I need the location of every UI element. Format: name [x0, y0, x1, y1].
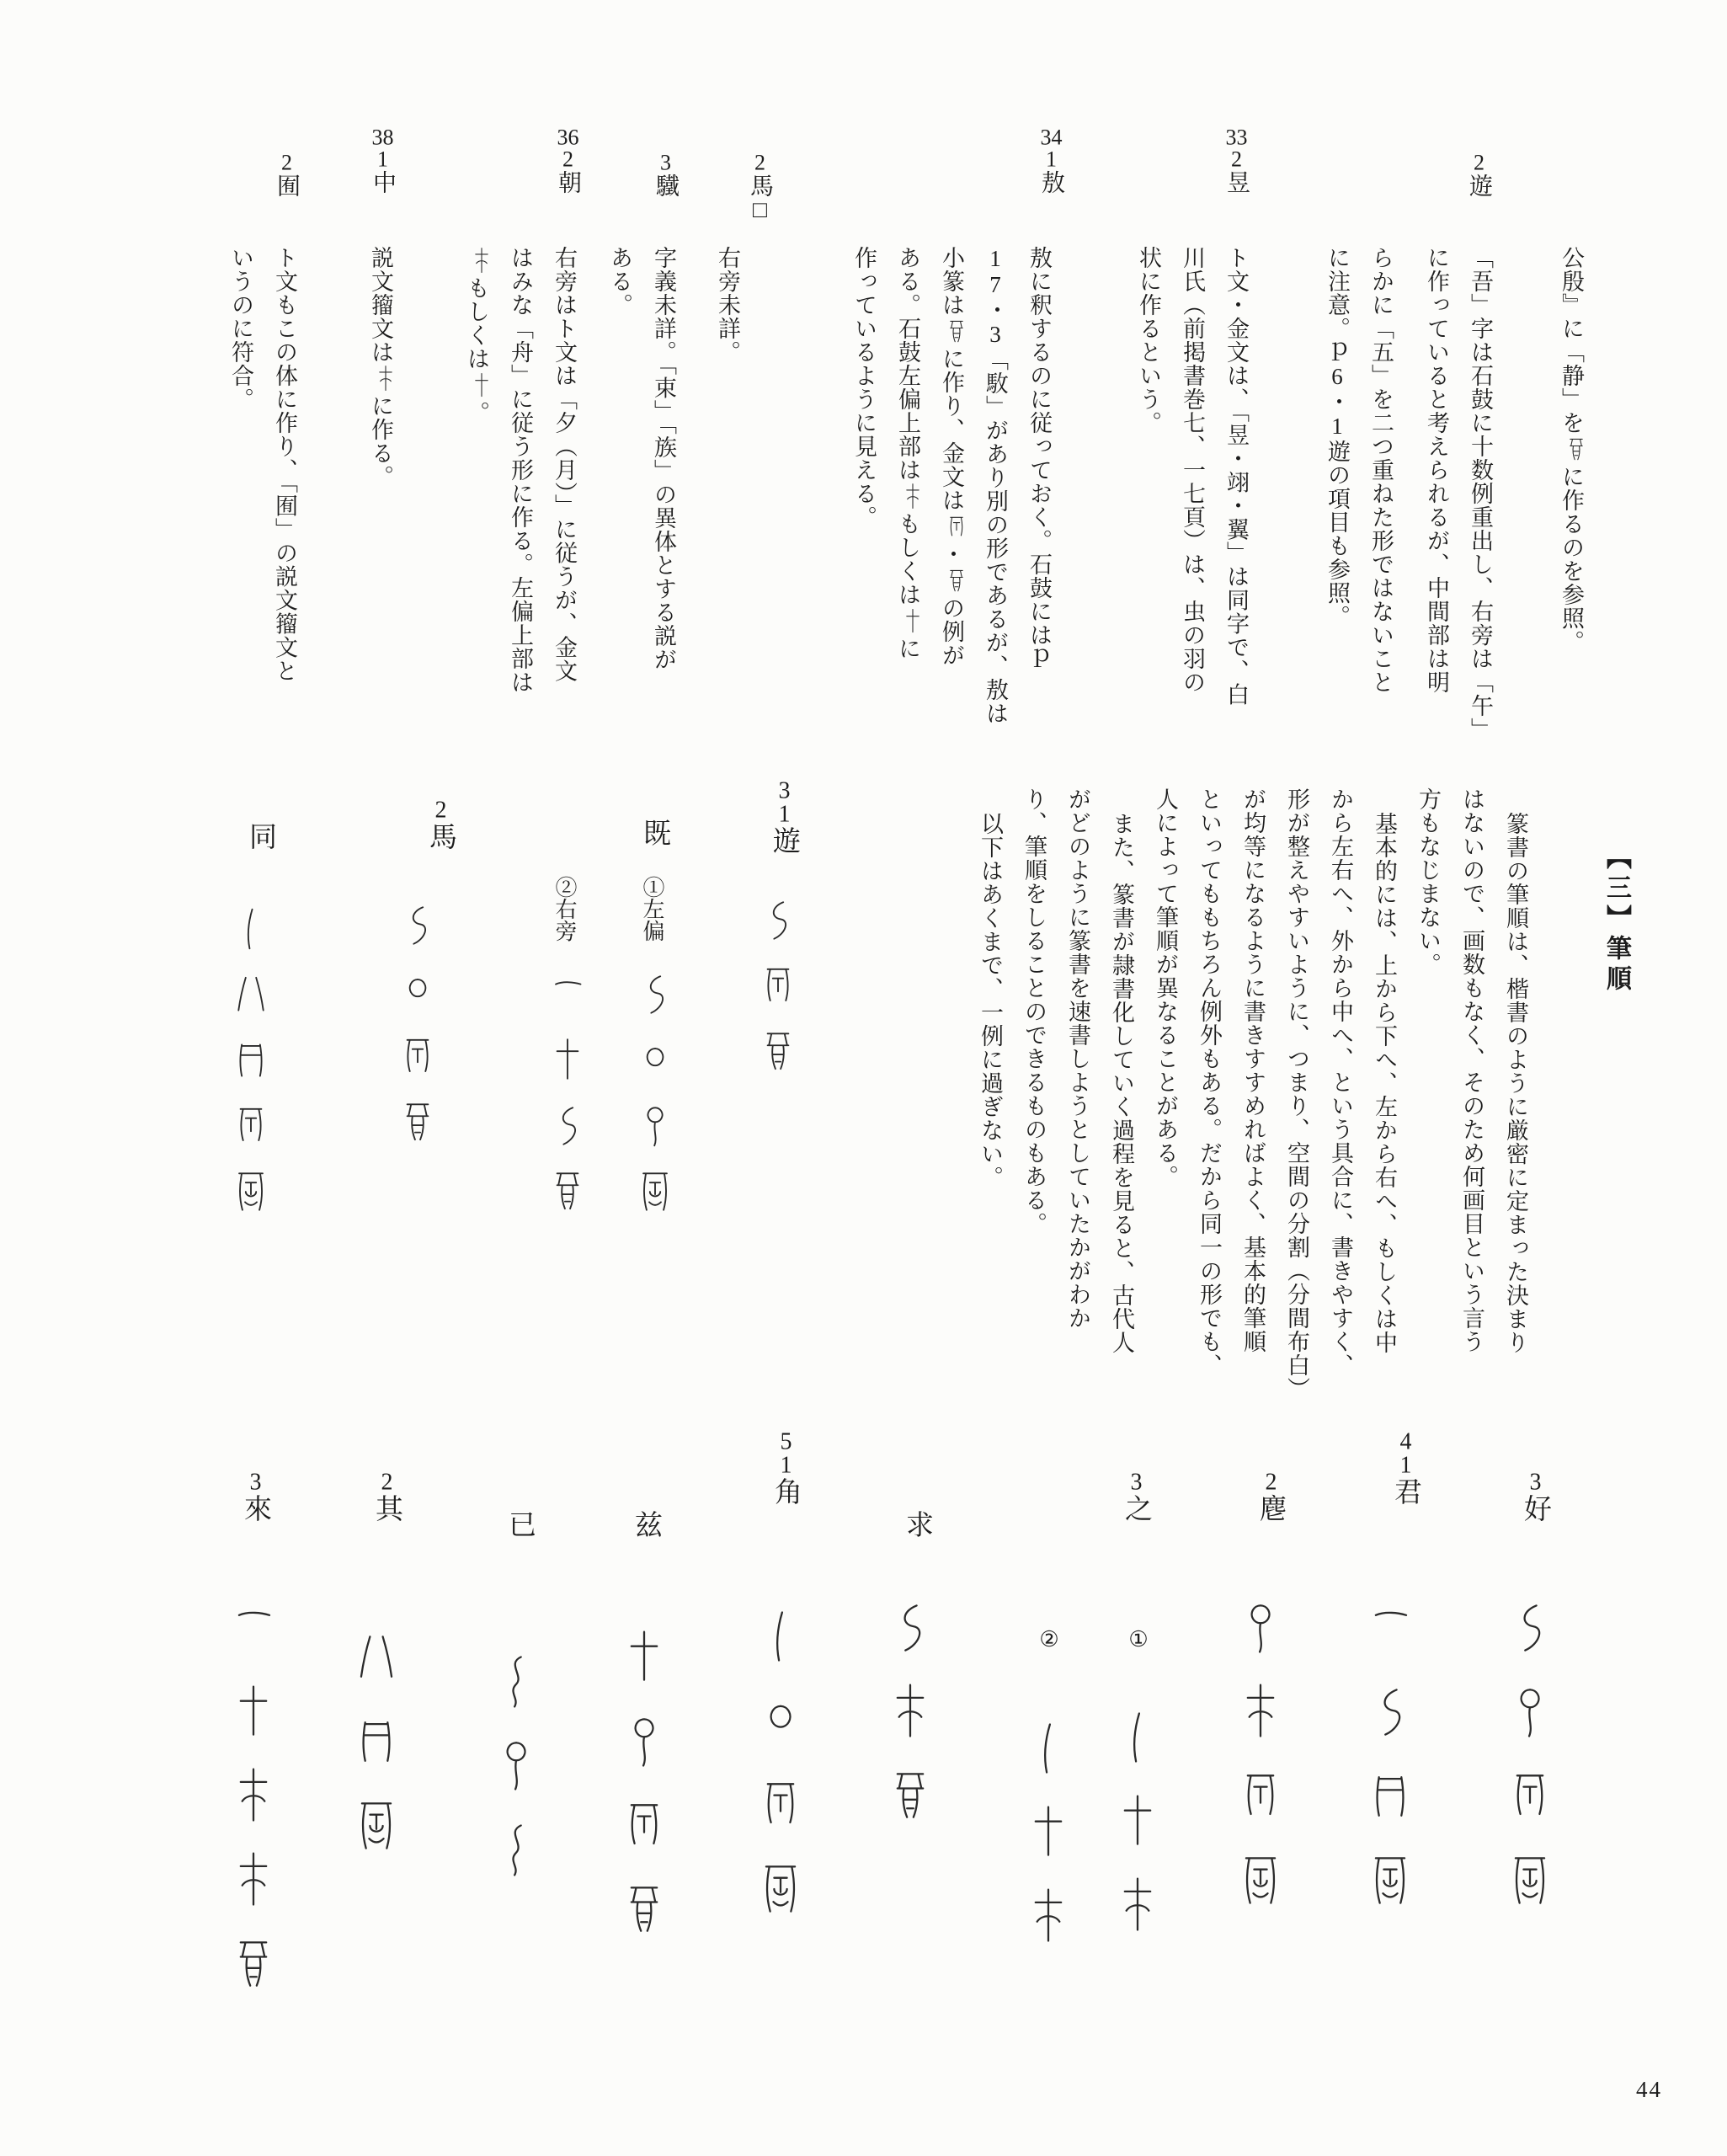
seal-glyph-stage-5-complex [229, 1933, 278, 1997]
hitsujun-col7: が均等になるように書きすすめればよく、基本的筆順 [1234, 787, 1271, 1353]
seal-glyph-stage-3-branch [1113, 1874, 1162, 1938]
entry-36-col2: はみな「舟」に従う形に作る。左偏上部は [502, 246, 539, 694]
entry-char: 驖 [653, 173, 679, 197]
stroke-sequence-no-1 [1113, 1705, 1162, 1938]
seal-glyph-inline-ki-form1 [889, 482, 926, 512]
example-char: 之 [1121, 1494, 1151, 1522]
entry-subnumber: 2 [1224, 148, 1249, 170]
stroke-sequence-kou [1506, 1596, 1554, 1913]
entry-number: 2 [1467, 152, 1491, 173]
entry-34-col3-text: ・ [939, 542, 964, 566]
seal-glyph-stage-4-complete [756, 1857, 805, 1921]
book-page: 公殷』に「静」をに作るのを参照。 2遊 「吾」字は石鼓に十数例重出し、右旁は「午… [0, 0, 1727, 2156]
seal-glyph-stage-1-horiz [1366, 1596, 1415, 1660]
entry-number: 2 [748, 152, 772, 173]
stroke-sequence-kun [1366, 1596, 1415, 1913]
entry-33-col3: 状に作るという。 [1130, 246, 1167, 435]
example-char: 其 [371, 1494, 402, 1522]
entry-number: 2 [275, 152, 299, 173]
entry-34-col4: ある。石鼓左偏上部はもしくはに [889, 246, 926, 660]
entry-subnumber: 1 [1039, 148, 1063, 170]
seal-glyph-stage-2-cross [546, 1034, 589, 1086]
example-sublabel-1: ① [1122, 1627, 1155, 1652]
example-char: 角 [770, 1477, 801, 1505]
entry-uma-col1: 右旁未詳。 [709, 246, 746, 364]
entry-char: 中 [370, 170, 396, 194]
stroke-sequence-no-2 [1024, 1716, 1073, 1949]
example-label-3-kou: 3好 [1516, 1470, 1554, 1522]
entry-34-col5: 作っているように見える。 [845, 246, 882, 529]
stroke-sequence-ki-left [633, 969, 677, 1218]
seal-glyph-stage-3-complex [886, 1764, 935, 1828]
example-label-ji: 兹 [626, 1510, 665, 1538]
entry-33-col2: 川氏（前掲書巻七、一七頁）は、虫の羽の [1174, 246, 1211, 694]
entry-2yu-col4: に注意。ｐ6・1遊の項目も参照。 [1319, 246, 1356, 628]
entry-2yu-col2: に作っていると考えられるが、中間部は明 [1418, 246, 1455, 694]
seal-glyph-stage-1-horiz [546, 969, 589, 1021]
stroke-sequence-ki2 [352, 1625, 401, 1858]
seal-glyph-stage-2-hook [1366, 1680, 1415, 1744]
seal-glyph-stage-1-hook [633, 969, 677, 1021]
seal-glyph-stage-2-loop [396, 965, 440, 1017]
entry-34-col3-text: に作り、金文は [939, 347, 964, 512]
seal-glyph-stage-2-cross [229, 1680, 278, 1744]
seal-glyph-stage-1-strokes2 [352, 1625, 401, 1689]
entry-label-2-uma-gaiji: 2馬□ [741, 152, 778, 223]
hitsujun-col9: 人によって筆順が異なることがある。 [1147, 787, 1184, 1188]
example-label-kyuu: 求 [898, 1510, 936, 1538]
seal-glyph-stage-2-branch [886, 1680, 935, 1744]
entry-34-col1: 敖に釈するのに従っておく。石鼓にはｐ [1021, 246, 1058, 670]
seal-glyph-inline-ki-form2 [889, 606, 926, 637]
entry-number: 3 [653, 152, 678, 173]
seal-glyph-stage-4-partial [229, 1100, 273, 1152]
entry-char: 馬□ [747, 173, 773, 223]
entry-36-col3-text: 。 [464, 401, 489, 424]
example-char: 好 [1520, 1494, 1550, 1522]
seal-glyph-stage-2-partial [756, 960, 800, 1012]
example-number: 2 [1258, 1470, 1284, 1494]
example-number: 3 [771, 779, 797, 803]
seal-glyph-stage-1-stroke [229, 903, 273, 955]
entry-34-col3-text: 小篆は [939, 246, 964, 317]
seal-glyph-stage-2-frame [352, 1710, 401, 1774]
seal-glyph-stage-2-looptail [492, 1733, 541, 1797]
example-number: 5 [773, 1430, 799, 1454]
seal-glyph-stage-1-stroke [1024, 1716, 1073, 1780]
seal-glyph-inline-naka [362, 364, 399, 394]
continuation-column: 公殷』に「静」をに作るのを参照。 [1553, 246, 1590, 654]
seal-glyph-stage-2-looptail [620, 1710, 669, 1774]
entry-tetsu-col2: ある。 [601, 246, 638, 317]
example-number: 3 [1522, 1470, 1548, 1494]
example-sublabel-left-part: ①左偏 [635, 876, 669, 942]
example-label-4-1-kun: 41君 [1386, 1430, 1425, 1505]
hitsujun-col2: はないので、画数もなく、そのため何画目という言う [1453, 787, 1490, 1353]
example-number: 3 [1123, 1470, 1149, 1494]
seal-glyph-inline-go-kinbun1 [933, 512, 970, 542]
example-label-3-rai: 3來 [236, 1470, 275, 1522]
hitsujun-col1: 篆書の筆順は、楷書のように厳密に定まった決まり [1497, 787, 1534, 1354]
section-heading-hitsujun: 【三】筆順 [1596, 844, 1635, 995]
example-char: 馬 [425, 822, 456, 850]
entry-char: 昱 [1223, 170, 1250, 194]
example-sublabel-2: ② [1032, 1627, 1066, 1652]
entry-char: 敖 [1038, 170, 1064, 194]
entry-34-col3-text: の例が [939, 596, 964, 667]
example-label-3-1-yu: 31遊 [765, 779, 803, 854]
entry-label-33-2-iku: 332昱 [1218, 126, 1255, 194]
hitsujun-col13: 以下はあくまで、一例に過ぎない。 [972, 787, 1009, 1189]
seal-glyph-stage-2-cross [1024, 1801, 1073, 1865]
example-label-i: 已 [500, 1510, 539, 1538]
seal-glyph-stage-5-complete [229, 1166, 273, 1218]
seal-glyph-inline-asa-form2 [458, 371, 495, 401]
entry-label-34-1-go: 341敖 [1032, 126, 1069, 194]
entry-36-col3-text: もしくは [464, 276, 489, 371]
entry-number: 34 [1039, 126, 1063, 148]
hitsujun-col5: から左右へ、外から中へ、という具合に、書きやすく、 [1322, 787, 1359, 1377]
example-char: 兹 [631, 1510, 661, 1538]
stroke-sequence-ji [620, 1625, 669, 1942]
seal-glyph-stage-4-complete [1366, 1849, 1415, 1913]
seal-glyph-stage-1-hook [886, 1596, 935, 1660]
seal-glyph-stage-2-looptail [1506, 1680, 1554, 1744]
seal-glyph-stage-3-branch [1024, 1885, 1073, 1949]
entry-2yu-col3: らかに「五」を二つ重ねた形ではないこと [1362, 246, 1399, 694]
entry-label-2-yuu: 2囿 [268, 152, 305, 197]
hitsujun-col3: 方もなじまない。 [1410, 787, 1447, 976]
entry-34-col4-text: ある。石鼓左偏上部は [895, 246, 920, 482]
seal-glyph-stage-3-partial [756, 1773, 805, 1837]
example-label-ki: 既 [635, 819, 674, 846]
seal-glyph-stage-2-branch [1236, 1680, 1285, 1744]
seal-glyph-stage-3-partial [1236, 1764, 1285, 1828]
example-char: 麀 [1255, 1494, 1286, 1522]
example-char: 既 [639, 819, 669, 846]
entry-char: 囿 [274, 173, 300, 197]
seal-glyph-stage-4-complex [620, 1878, 669, 1942]
example-char: 同 [245, 822, 275, 850]
seal-glyph-inline-sei [1553, 435, 1590, 465]
seal-glyph-stage-3-complex [756, 1026, 800, 1078]
stroke-sequence-kyuu [886, 1596, 935, 1828]
example-subnumber: 1 [771, 803, 797, 826]
hitsujun-col12: り、筆順をしることのできるものもある。 [1015, 787, 1053, 1235]
entry-38-col1-text: 説文籀文は [368, 246, 393, 364]
continuation-text-post: に作るのを参照。 [1559, 465, 1584, 654]
entry-number: 33 [1224, 126, 1249, 148]
entry-label-2-yu: 2遊 [1460, 152, 1497, 197]
stroke-sequence-bou [1236, 1596, 1285, 1913]
example-char: 君 [1390, 1477, 1421, 1505]
entry-34-col2: 17・3「駇」があり別の形であるが、敖は [977, 246, 1014, 725]
seal-glyph-stage-1-hook [1506, 1596, 1554, 1660]
seal-glyph-stage-4-complex [546, 1166, 589, 1218]
seal-glyph-stage-4-branch [229, 1849, 278, 1913]
example-label-2-uma: 2馬 [421, 798, 460, 850]
page-number: 44 [1636, 2077, 1662, 2103]
seal-glyph-stage-1-scurve [492, 1649, 541, 1713]
entry-subnumber: 1 [370, 148, 395, 170]
stroke-sequence-dou [229, 903, 273, 1218]
entry-number: 38 [370, 126, 395, 148]
hitsujun-col11: がどのように篆書を速書しようとしていたかがわか [1059, 787, 1096, 1330]
seal-glyph-inline-asa-form1 [458, 246, 495, 276]
entry-34-col3: 小篆はに作り、金文は・の例が [933, 246, 970, 667]
seal-glyph-stage-1-hook [396, 899, 440, 952]
entry-33-col1: ト文・金文は、「昱・翊・翼」は同字で、白 [1218, 246, 1255, 707]
stroke-sequence-rai [229, 1596, 278, 1997]
seal-glyph-stage-2-cross [1113, 1790, 1162, 1854]
entry-36-col3: もしくは。 [458, 246, 495, 424]
seal-glyph-stage-1-stroke [756, 1604, 805, 1668]
stroke-sequence-uma [396, 899, 440, 1149]
entry-34-col4-text: もしくは [895, 512, 920, 606]
entry-34-col4-text: に [895, 637, 920, 660]
seal-glyph-inline-go-kinbun2 [933, 566, 970, 596]
seal-glyph-stage-4-complete [1236, 1849, 1285, 1913]
example-label-3-no: 3之 [1117, 1470, 1155, 1522]
hitsujun-col8: といってももちろん例外もある。だから同一の形でも、 [1191, 787, 1228, 1377]
entry-label-36-2-asa: 362朝 [549, 126, 586, 194]
seal-glyph-stage-3-frame [1366, 1764, 1415, 1828]
seal-glyph-stage-1-looptail [1236, 1596, 1285, 1660]
example-char: 遊 [769, 826, 799, 854]
example-label-2-ki: 2其 [367, 1470, 406, 1522]
seal-glyph-stage-2-strokes2 [229, 969, 273, 1021]
hitsujun-col6: 形が整えやすいように、つまり、空間の分割（分間布白） [1278, 787, 1315, 1401]
seal-glyph-stage-1-cross [620, 1625, 669, 1689]
example-number: 2 [428, 798, 454, 822]
seal-glyph-stage-3-partial [1506, 1764, 1554, 1828]
entry-char: 遊 [1466, 173, 1492, 197]
seal-glyph-stage-4-complete [1506, 1849, 1554, 1913]
example-label-dou: 同 [241, 822, 280, 850]
seal-glyph-stage-1-horiz [229, 1596, 278, 1660]
seal-glyph-stage-1-hook [756, 894, 800, 947]
seal-glyph-stage-3-branch [229, 1764, 278, 1828]
example-char: 來 [240, 1494, 270, 1522]
seal-glyph-stage-2-loop [756, 1689, 805, 1753]
seal-glyph-stage-3-frame [229, 1034, 273, 1086]
entry-label-38-1-naka: 381中 [364, 126, 401, 194]
entry-2yu-col1: 「吾」字は石鼓に十数例重出し、右旁は「午」 [1462, 246, 1499, 741]
stroke-sequence-ki-right [546, 969, 589, 1218]
entry-yuu-col2: いうのに符合。 [222, 246, 259, 411]
example-number: 3 [243, 1470, 269, 1494]
seal-glyph-stage-1-stroke [1113, 1705, 1162, 1769]
example-label-5-1-kaku: 51角 [766, 1430, 805, 1505]
seal-glyph-stage-3-scurve [492, 1817, 541, 1881]
seal-glyph-stage-3-partial [620, 1794, 669, 1858]
entry-label-3-tetsu: 3驖 [647, 152, 684, 197]
entry-36-col1: 右旁はト文は「夕（月）」に従うが、金文 [546, 246, 583, 683]
seal-glyph-stage-3-looptail [633, 1100, 677, 1152]
example-sublabel-right-part: ②右旁 [547, 876, 581, 942]
continuation-text-pre: 公殷』に「静」を [1559, 246, 1584, 435]
stroke-sequence-yu [756, 894, 800, 1078]
seal-glyph-stage-3-partial [396, 1031, 440, 1083]
entry-38-col1: 説文籀文はに作る。 [362, 246, 399, 488]
entry-yuu-col1: ト文もこの体に作り、「囿」の説文籀文と [266, 246, 303, 683]
entry-subnumber: 2 [556, 148, 580, 170]
example-subnumber: 1 [773, 1454, 799, 1477]
example-number: 2 [374, 1470, 400, 1494]
hitsujun-col10: また、篆書が隷書化していく過程を見ると、古代人 [1103, 787, 1140, 1354]
seal-glyph-inline-go-shoten [933, 317, 970, 347]
hitsujun-col4: 基本的には、上から下へ、左から右へ、もしくは中 [1366, 787, 1403, 1354]
entry-number: 36 [556, 126, 580, 148]
seal-glyph-stage-4-complete [633, 1166, 677, 1218]
seal-glyph-stage-2-loop [633, 1034, 677, 1086]
example-char: 已 [504, 1510, 535, 1538]
stroke-sequence-kaku [756, 1604, 805, 1921]
example-subnumber: 1 [1393, 1454, 1419, 1477]
entry-char: 朝 [555, 170, 581, 194]
seal-glyph-stage-4-complex [396, 1097, 440, 1149]
example-char: 求 [902, 1510, 932, 1538]
seal-glyph-stage-3-hook [546, 1100, 589, 1152]
entry-tetsu-col1: 字義未詳。「束」「族」の異体とする説が [645, 246, 682, 671]
seal-glyph-stage-3-complete [352, 1794, 401, 1858]
stroke-sequence-i [492, 1649, 541, 1881]
example-label-2-bou: 2麀 [1251, 1470, 1290, 1522]
example-number: 4 [1393, 1430, 1419, 1454]
entry-38-col1-text: に作る。 [368, 394, 393, 488]
